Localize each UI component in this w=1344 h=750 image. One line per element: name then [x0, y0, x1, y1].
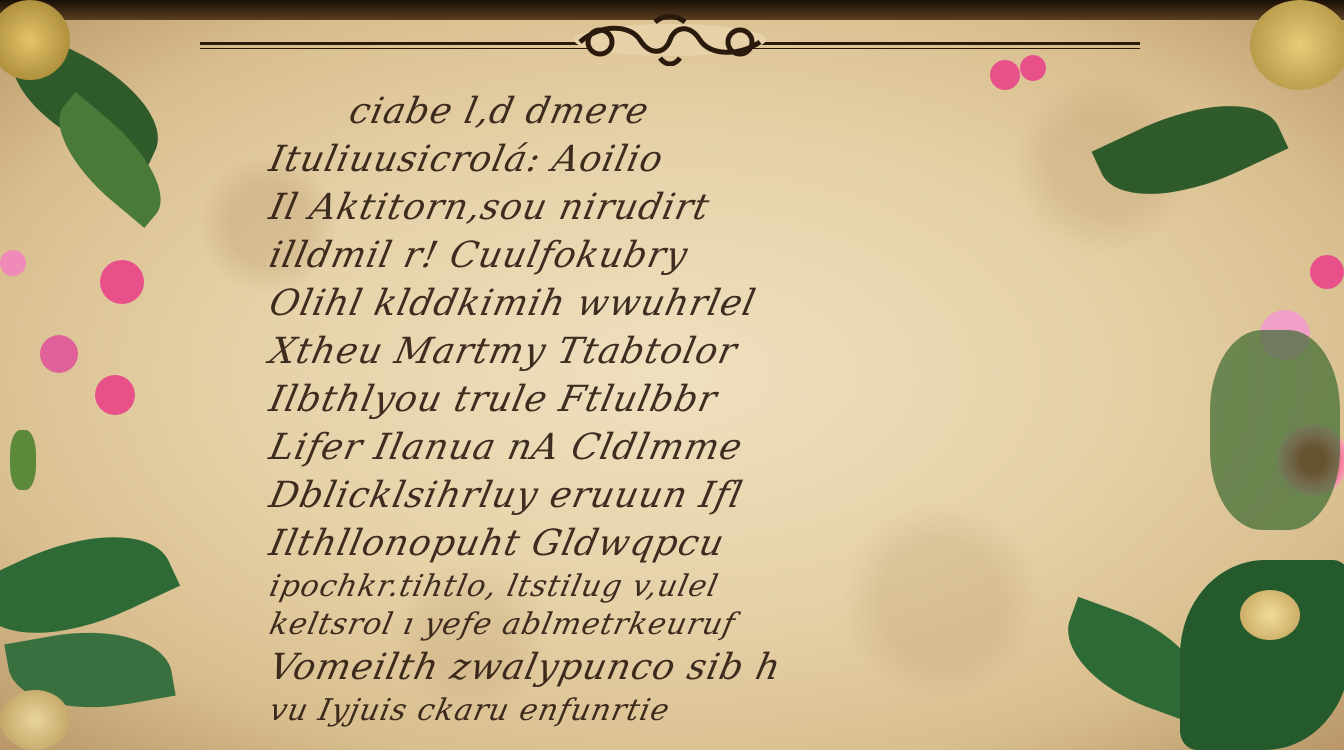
script-line: Xtheu Martmy Ttabtolor	[265, 328, 1075, 376]
script-line: ciabe l,d dmere	[265, 88, 1075, 136]
rose-icon	[1250, 0, 1344, 90]
script-line: Lifer Ilanua nA Cldlmme	[265, 424, 1075, 472]
right-floral-border	[1060, 0, 1344, 750]
script-line: Ilthllonopuht Gldwqpcu	[265, 520, 1075, 568]
script-line: Olihl klddkimih wwuhrlel	[265, 280, 1075, 328]
script-line: illdmil r! Cuulfokubry	[265, 232, 1075, 280]
script-line: keltsrol ı yefe ablmetrkeuruf	[266, 606, 1074, 644]
script-line: Vomeilth zwalypunco sib h	[265, 644, 1075, 692]
script-line: vu Iyjuis ckaru enfunrtie	[266, 692, 1074, 730]
left-floral-border	[0, 0, 240, 750]
script-line: ipochkr.tihtlo, ltstilug v,ulel	[266, 568, 1074, 606]
script-line: Il Aktitorn,sou nirudirt	[265, 184, 1075, 232]
script-line: Ituliuusicrolá: Aoilio	[265, 136, 1075, 184]
handwritten-script: ciabe l,d dmere Ituliuusicrolá: Aoilio I…	[270, 88, 1070, 730]
script-line: Dblicklsihrluy eruuun Ifl	[265, 472, 1075, 520]
top-ornament-icon	[570, 14, 770, 66]
script-line: Ilbthlyou trule Ftlulbbr	[265, 376, 1075, 424]
